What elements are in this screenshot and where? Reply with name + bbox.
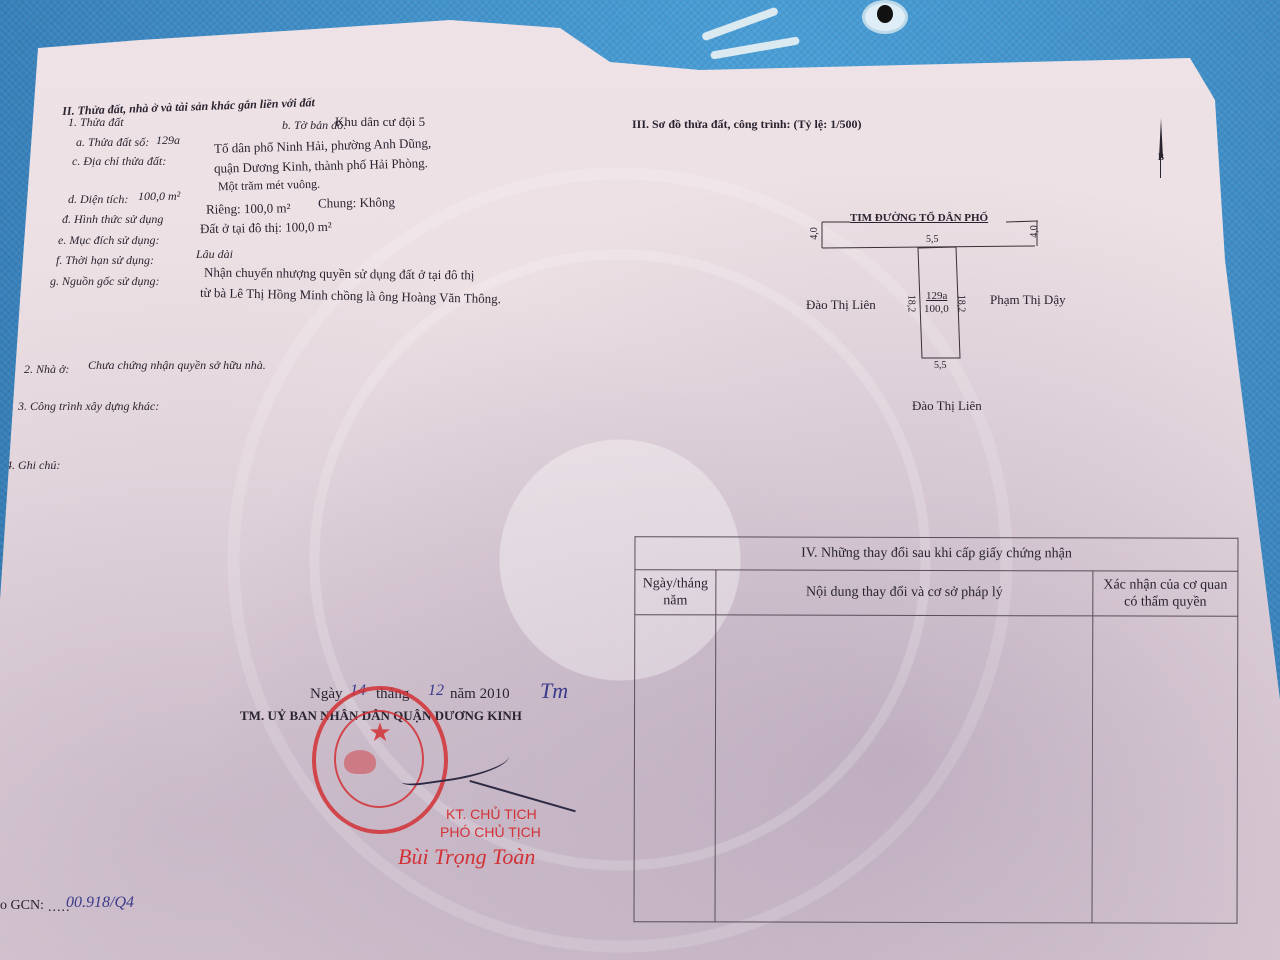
address-label: c. Địa chỉ thửa đất: <box>72 154 166 169</box>
gcn-label: o GCN: <box>0 898 44 914</box>
empty-cell <box>1092 616 1238 923</box>
right-edge-length: 18,2 <box>955 295 966 313</box>
road-width-left: 4,0 <box>809 227 820 240</box>
neighbor-bottom: Đào Thị Liên <box>912 398 982 414</box>
column-confirmation-line-2: có thẩm quyền <box>1124 594 1206 609</box>
certificate-page: II. Thửa đất, nhà ở và tài sản khác gắn … <box>0 0 1280 960</box>
bottom-edge-length: 5,5 <box>934 360 947 371</box>
signer-title-1: KT. CHỦ TỊCH <box>446 806 537 822</box>
neighbor-left: Đào Thị Liên <box>806 297 876 313</box>
purpose-label: e. Mục đích sử dụng: <box>58 233 160 248</box>
empty-cell <box>634 615 716 922</box>
notes-label: 4. Ghi chú: <box>6 458 60 473</box>
north-label: B <box>1158 152 1164 162</box>
parcel-number-label: a. Thửa đất số: <box>76 135 149 150</box>
date-year: năm 2010 <box>450 686 510 703</box>
date-month: 12 <box>428 682 444 700</box>
origin-label: g. Nguồn gốc sử dụng: <box>50 274 160 289</box>
origin-line-2: từ bà Lê Thị Hồng Minh chồng là ông Hoàn… <box>200 285 501 307</box>
house-value: Chưa chứng nhận quyền sở hữu nhà. <box>88 358 266 373</box>
north-arrow-icon: B <box>1156 118 1164 178</box>
area-value: 100,0 m² <box>138 189 180 204</box>
parcel-sketch-icon <box>810 210 1070 420</box>
item-1-label: 1. Thửa đất <box>68 115 124 130</box>
address-line-2: quận Dương Kinh, thành phố Hải Phòng. <box>214 155 428 177</box>
table-row <box>634 615 1238 924</box>
house-label: 2. Nhà ở: <box>24 362 69 377</box>
section-4-heading: IV. Những thay đổi sau khi cấp giấy chứn… <box>635 537 1238 572</box>
fabric-fin <box>710 36 800 60</box>
column-content: Nội dung thay đổi và cơ sở pháp lý <box>716 570 1093 616</box>
usage-form-private: Riêng: 100,0 m² <box>206 200 291 217</box>
top-edge-length: 5,5 <box>926 234 939 245</box>
address-line-1: Tổ dân phố Ninh Hải, phường Anh Dũng, <box>214 135 432 157</box>
area-in-words: Một trăm mét vuông. <box>218 177 320 195</box>
usage-form-common: Chung: Không <box>318 194 395 211</box>
fabric-fin <box>701 7 779 42</box>
usage-form-label: đ. Hình thức sử dụng <box>62 212 163 227</box>
purpose-value: Đất ở tại đô thị: 100,0 m² <box>200 219 332 237</box>
other-structures-label: 3. Công trình xây dựng khác: <box>18 399 159 414</box>
column-confirmation-line-1: Xác nhận của cơ quan <box>1103 577 1227 592</box>
column-date: Ngày/tháng năm <box>635 570 716 615</box>
area-label: d. Diện tích: <box>68 192 128 207</box>
fabric-fish-eye <box>862 0 908 34</box>
left-edge-length: 18,2 <box>905 295 916 313</box>
origin-line-1: Nhận chuyển nhượng quyền sử dụng đất ở t… <box>204 265 475 284</box>
column-confirmation: Xác nhận của cơ quan có thẩm quyền <box>1093 571 1238 616</box>
column-date-line-2: năm <box>663 593 687 608</box>
signer-name: Bùi Trọng Toàn <box>398 844 535 870</box>
empty-cell <box>715 615 1093 923</box>
section-3-heading: III. Sơ đồ thửa đất, công trình: (Tỷ lệ:… <box>632 117 862 132</box>
gcn-value: 00.918/Q4 <box>66 894 134 912</box>
emblem-icon <box>344 750 376 774</box>
parcel-diagram: TIM ĐƯỜNG TỔ DÂN PHỐ 4,0 4,0 5,5 18,2 18… <box>810 210 1070 420</box>
road-width-right: 4,0 <box>1029 225 1040 238</box>
road-label: TIM ĐƯỜNG TỔ DÂN PHỐ <box>850 212 988 224</box>
star-icon: ★ <box>316 720 444 746</box>
column-date-line-1: Ngày/tháng <box>643 576 708 591</box>
changes-table: IV. Những thay đổi sau khi cấp giấy chứn… <box>633 536 1238 924</box>
initials: Tm <box>540 678 568 704</box>
term-label: f. Thời hạn sử dụng: <box>56 253 154 268</box>
neighbor-right: Phạm Thị Dậy <box>990 292 1066 308</box>
parcel-id: 129a <box>926 290 947 302</box>
parcel-number-value: 129a <box>156 133 180 148</box>
map-sheet-value: Khu dân cư đội 5 <box>335 114 425 130</box>
parcel-area: 100,0 <box>924 303 949 315</box>
term-value: Lâu dài <box>196 247 233 262</box>
signer-title-2: PHÓ CHỦ TỊCH <box>440 824 541 840</box>
